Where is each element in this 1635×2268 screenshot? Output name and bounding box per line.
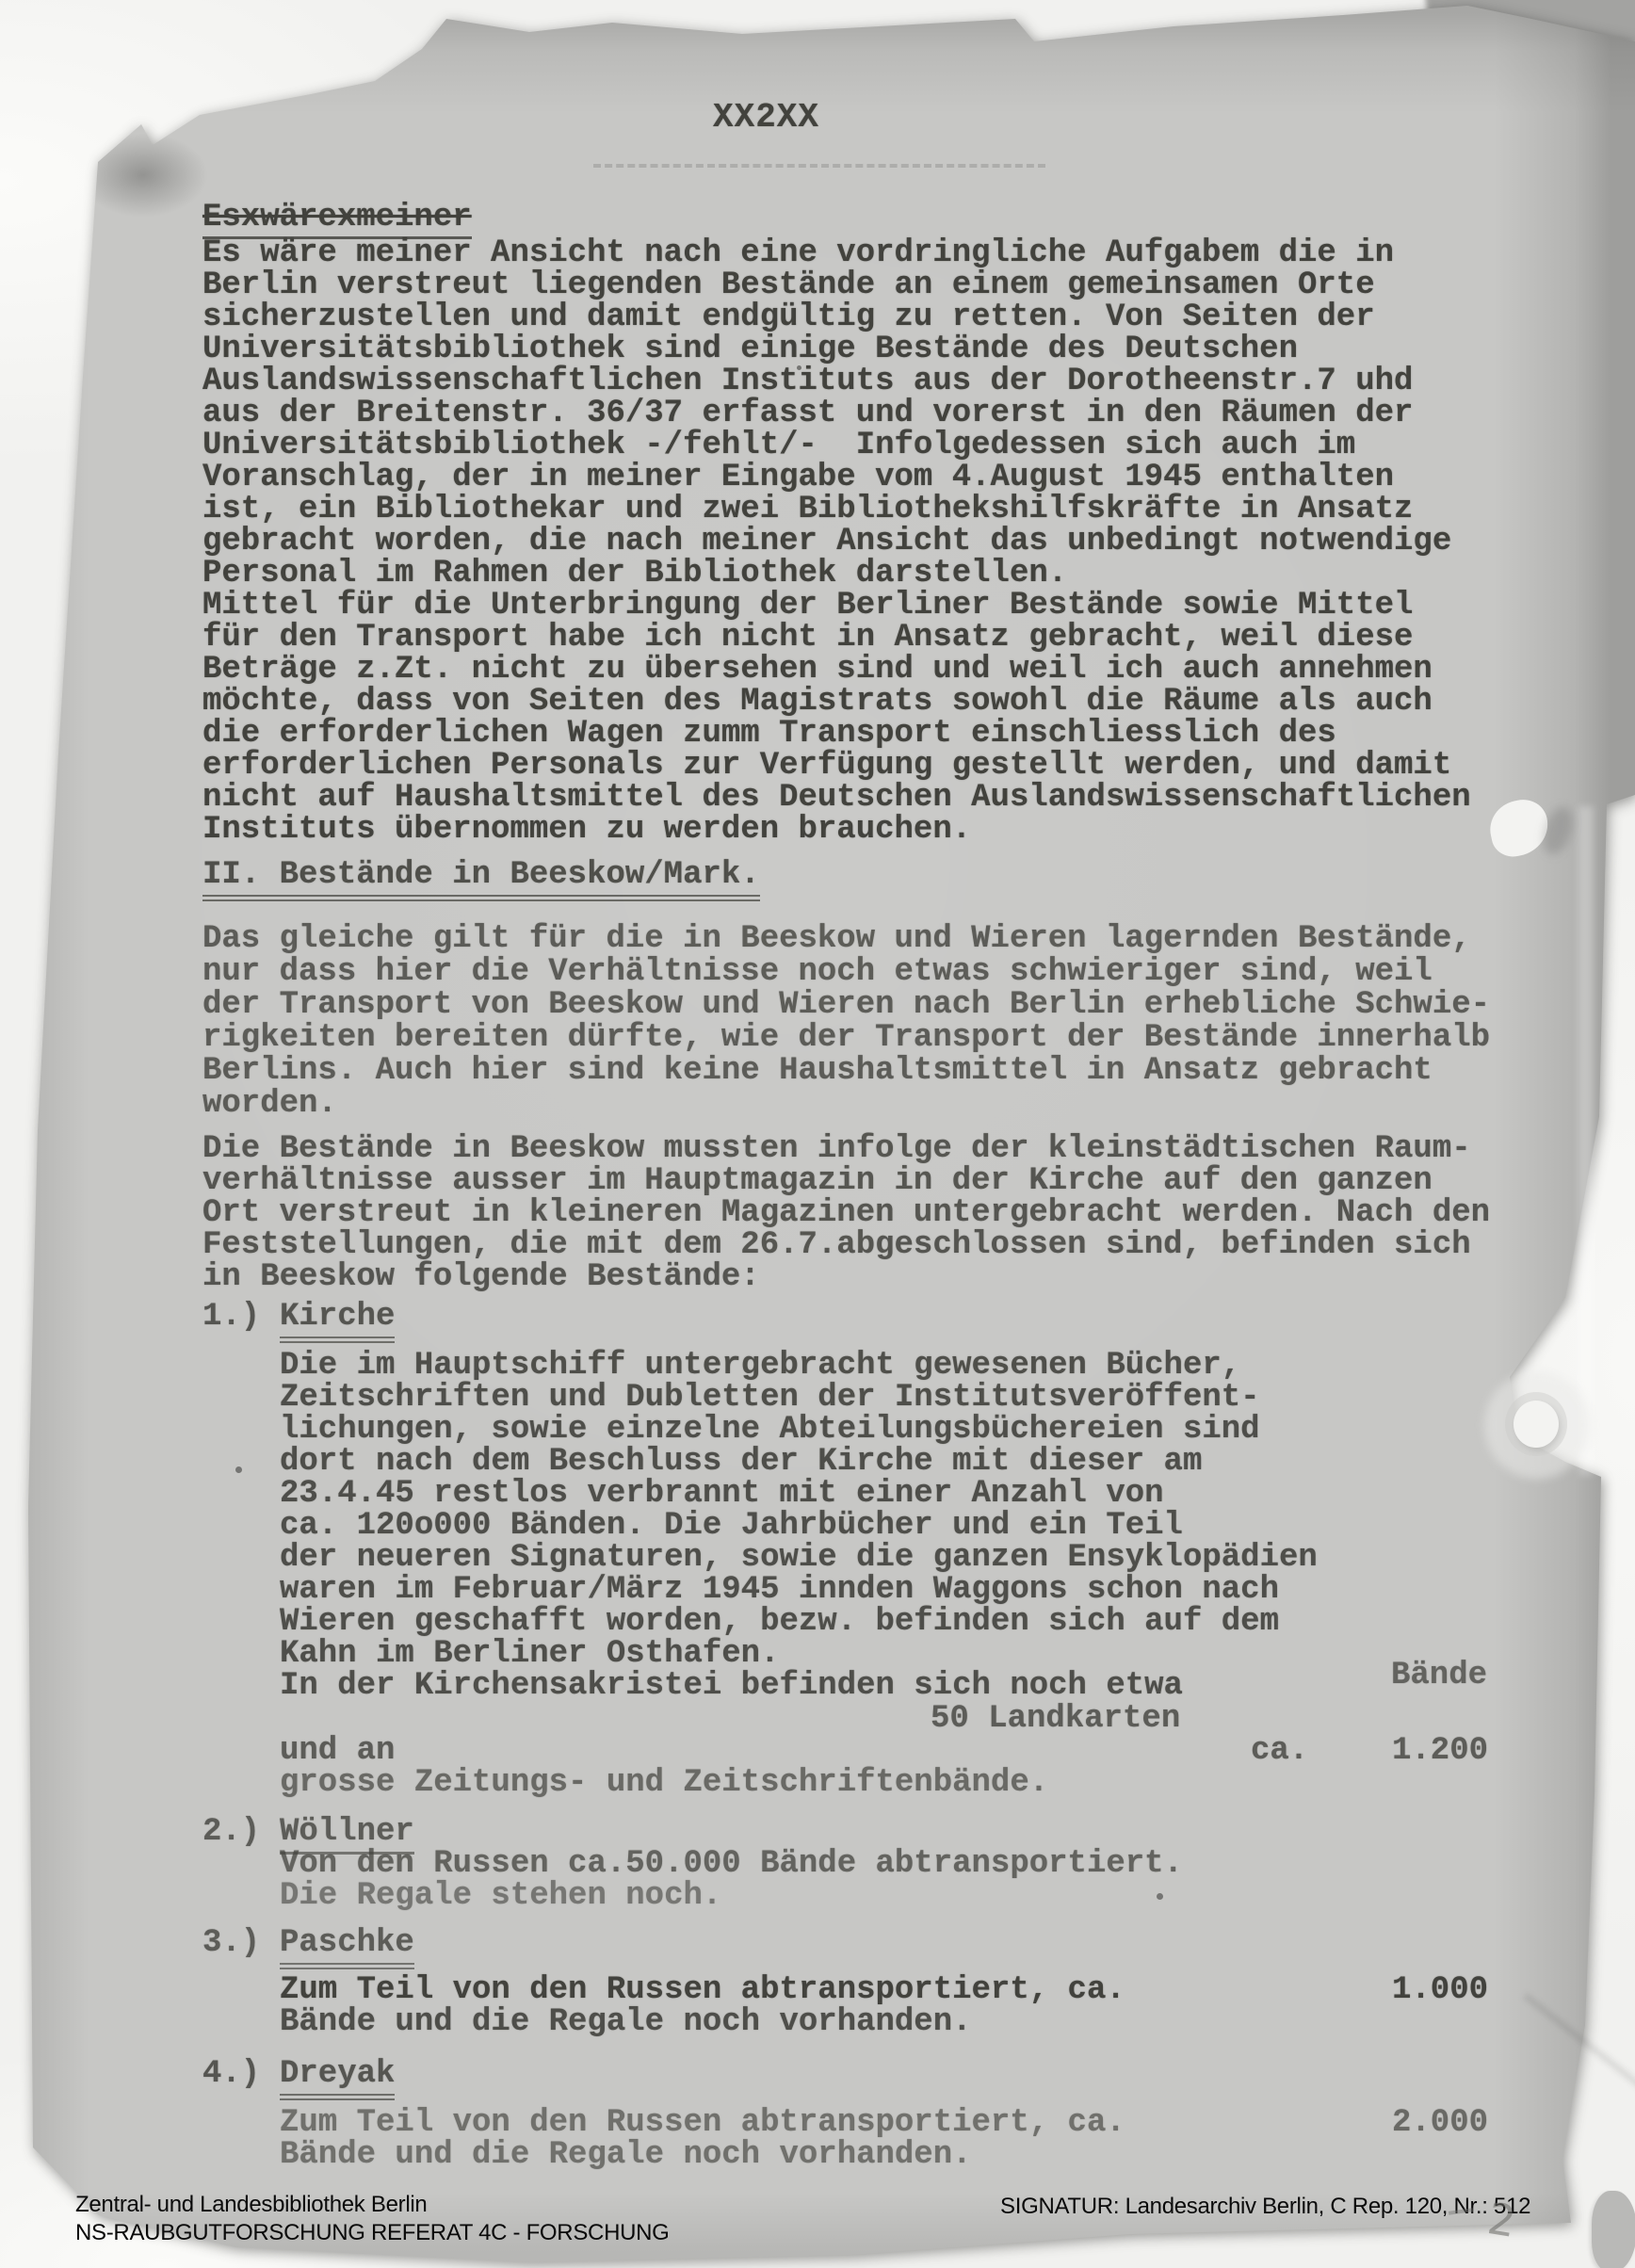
text-line: Das gleiche gilt für die in Beeskow und … <box>202 923 1490 956</box>
text-line: lichungen, sowie einzelne Abteilungsbüch… <box>280 1414 1318 1446</box>
struck-heading: Esxwärexmeiner <box>202 200 472 239</box>
text-line: In der Kirchensakristei befinden sich no… <box>280 1670 1318 1702</box>
text-line: möchte, dass von Seiten des Magistrats s… <box>202 686 1471 718</box>
text-line: in Beeskow folgende Bestände: <box>202 1261 1490 1293</box>
item-2-line-2: Die Regale stehen noch. <box>280 1880 721 1912</box>
item-2-title-row: Wöllner <box>280 1816 414 1848</box>
item-4-line-1: Zum Teil von den Russen abtransportiert,… <box>280 2107 1125 2139</box>
item-3-title: Paschke <box>280 1925 414 1969</box>
text-line: Ort verstreut in kleineren Magazinen unt… <box>202 1197 1490 1229</box>
paragraph-1: Es wäre meiner Ansicht nach eine vordrin… <box>202 237 1451 590</box>
item-3-line-2: Bände und die Regale noch vorhanden. <box>280 2006 972 2038</box>
item-2-line-1: Von den Russen ca.50.000 Bände abtranspo… <box>280 1848 1183 1880</box>
text-line: nur dass hier die Verhältnisse noch etwa… <box>202 956 1490 989</box>
pencil-dashed-line <box>593 164 1045 168</box>
item-1-title: Kirche <box>280 1299 395 1343</box>
text-line: verhältnisse ausser im Hauptmagazin in d… <box>202 1165 1490 1197</box>
item-1-number: 1.) <box>202 1301 260 1333</box>
punch-hole <box>1514 1401 1559 1448</box>
fold-crease <box>1578 806 1594 1475</box>
text-line: Universitätsbibliothek -/fehlt/- Infolge… <box>202 429 1451 462</box>
text-line: ca. 120o000 Bänden. Die Jahrbücher und e… <box>280 1510 1318 1542</box>
text-line: der Transport von Beeskow und Wieren nac… <box>202 989 1490 1022</box>
section-heading: II. Bestände in Beeskow/Mark. <box>202 857 760 901</box>
text-line: worden. <box>202 1088 1490 1121</box>
item-1-maps-line: 50 Landkarten <box>931 1703 1180 1735</box>
text-line: Personal im Rahmen der Bibliothek darste… <box>202 558 1451 590</box>
text-line: die erforderlichen Wagen zumm Transport … <box>202 718 1471 750</box>
item-2-number: 2.) <box>202 1816 260 1848</box>
text-line: sicherzustellen und damit endgültig zu r… <box>202 301 1451 333</box>
item-3-title-row: Paschke <box>280 1927 414 1959</box>
corner-curl <box>1592 2191 1635 2268</box>
page-number-marker: XX2XX <box>713 102 819 134</box>
text-line: waren im Februar/März 1945 innden Waggon… <box>280 1574 1318 1606</box>
text-line: Berlins. Auch hier sind keine Haushaltsm… <box>202 1055 1490 1088</box>
text-line: ist, ein Bibliothekar und zwei Bibliothe… <box>202 494 1451 526</box>
item-4-title-row: Dreyak <box>280 2058 395 2090</box>
text-line: Instituts übernommen zu werden brauchen. <box>202 814 1471 846</box>
item-1-title-row: Kirche <box>280 1301 395 1333</box>
item-1-last-line: grosse Zeitungs- und Zeitschriftenbände. <box>280 1767 1048 1799</box>
section-heading-row: II. Bestände in Beeskow/Mark. <box>202 859 760 891</box>
text-line: gebracht worden, die nach meiner Ansicht… <box>202 526 1451 558</box>
paragraph-2: Mittel für die Unterbringung der Berline… <box>202 590 1471 846</box>
text-line: nicht auf Haushaltsmittel des Deutschen … <box>202 782 1471 814</box>
paragraph-3: Das gleiche gilt für die in Beeskow und … <box>202 923 1490 1121</box>
text-line: rigkeiten bereiten dürfte, wie der Trans… <box>202 1022 1490 1055</box>
ink-speck <box>1157 1893 1163 1900</box>
text-line: Universitätsbibliothek sind einige Bestä… <box>202 333 1451 365</box>
text-line: Feststellungen, die mit dem 26.7.abgesch… <box>202 1229 1490 1261</box>
item-3-number: 3.) <box>202 1927 260 1959</box>
text-line: Berlin verstreut liegenden Bestände an e… <box>202 269 1451 301</box>
text-line: erforderlichen Personals zur Verfügung g… <box>202 750 1471 782</box>
volumes-column-header: Bände <box>1391 1660 1487 1692</box>
item-1-body: Die im Hauptschiff untergebracht gewesen… <box>280 1350 1318 1702</box>
text-line: aus der Breitenstr. 36/37 erfasst und vo… <box>202 397 1451 429</box>
text-line: Die im Hauptschiff untergebracht gewesen… <box>280 1350 1318 1382</box>
text-line: Zeitschriften und Dubletten der Institut… <box>280 1382 1318 1414</box>
footer-department: NS-RAUBGUTFORSCHUNG REFERAT 4C - FORSCHU… <box>75 2219 670 2247</box>
item-1-ca-label: ca. <box>1251 1735 1308 1767</box>
text-line: Die Bestände in Beeskow mussten infolge … <box>202 1133 1490 1165</box>
item-3-amount: 1.000 <box>1392 1974 1488 2006</box>
item-4-title: Dreyak <box>280 2056 395 2100</box>
item-3-line-1: Zum Teil von den Russen abtransportiert,… <box>280 1974 1125 2006</box>
text-line: dort nach dem Beschluss der Kirche mit d… <box>280 1446 1318 1478</box>
item-1-amount: 1.200 <box>1392 1735 1488 1767</box>
text-line: der neueren Signaturen, sowie die ganzen… <box>280 1542 1318 1574</box>
item-4-amount: 2.000 <box>1392 2107 1488 2139</box>
text-line: Beträge z.Zt. nicht zu übersehen sind un… <box>202 654 1471 686</box>
text-line: Auslandswissenschaftlichen Instituts aus… <box>202 365 1451 397</box>
scanned-document-page: XX2XX Esxwärexmeiner Es wäre meiner Ansi… <box>0 0 1635 2268</box>
text-line: Kahn im Berliner Osthafen. <box>280 1638 1318 1670</box>
text-line: 23.4.45 restlos verbrannt mit einer Anza… <box>280 1478 1318 1510</box>
footer-institution: Zentral- und Landesbibliothek Berlin <box>75 2191 427 2219</box>
text-line: Wieren geschafft worden, bezw. befinden … <box>280 1606 1318 1638</box>
footer-signature: SIGNATUR: Landesarchiv Berlin, C Rep. 12… <box>1000 2193 1530 2221</box>
paragraph-4: Die Bestände in Beeskow mussten infolge … <box>202 1133 1490 1293</box>
ink-speck <box>235 1466 242 1473</box>
text-line: Voranschlag, der in meiner Eingabe vom 4… <box>202 462 1451 494</box>
item-4-number: 4.) <box>202 2058 260 2090</box>
struck-heading-row: Esxwärexmeiner <box>202 202 472 234</box>
item-4-line-2: Bände und die Regale noch vorhanden. <box>280 2139 972 2171</box>
text-line: Es wäre meiner Ansicht nach eine vordrin… <box>202 237 1451 269</box>
text-line: für den Transport habe ich nicht in Ansa… <box>202 622 1471 654</box>
item-1-und-an: und an <box>280 1735 395 1767</box>
text-line: Mittel für die Unterbringung der Berline… <box>202 590 1471 622</box>
